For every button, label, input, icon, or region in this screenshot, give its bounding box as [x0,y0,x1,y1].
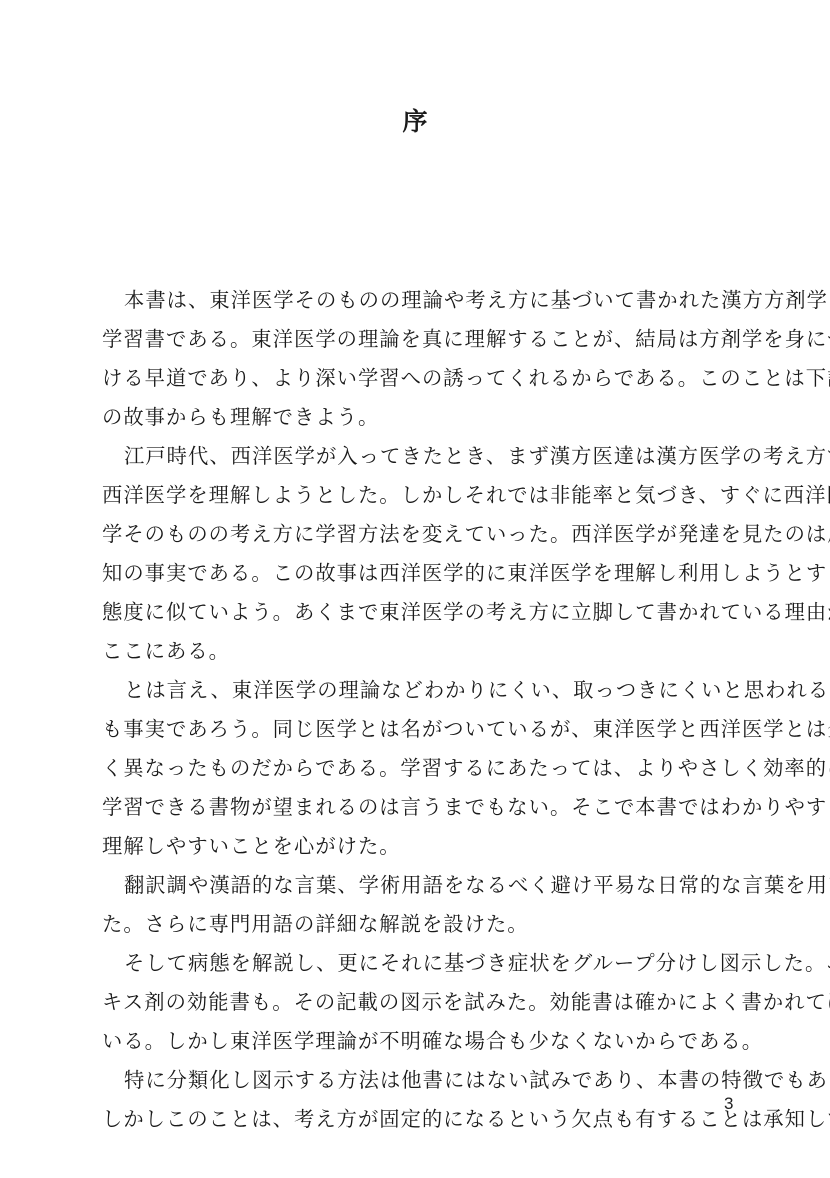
text-line: 西洋医学を理解しようとした。しかしそれでは非能率と気づき、すぐに西洋医 [102,481,748,520]
text-line: 理解しやすいことを心がけた。 [102,832,748,871]
text-line: 知の事実である。この故事は西洋医学的に東洋医学を理解し利用しようとする [102,559,748,598]
text-line: 江戸時代、西洋医学が入ってきたとき、まず漢方医達は漢方医学の考え方で [102,442,748,481]
text-line: キス剤の効能書も。その記載の図示を試みた。効能書は確かによく書かれては [102,988,748,1027]
text-line: いる。しかし東洋医学理論が不明確な場合も少なくないからである。 [102,1027,748,1066]
text-line: 態度に似ていよう。あくまで東洋医学の考え方に立脚して書かれている理由が [102,598,748,637]
paragraph: そして病態を解説し、更にそれに基づき症状をグループ分けし図示した。エ キス剤の効… [102,949,748,1066]
paragraph: 翻訳調や漢語的な言葉、学術用語をなるべく避け平易な日常的な言葉を用い た。さらに… [102,871,748,949]
text-line: ここにある。 [102,637,748,676]
text-line: ける早道であり、より深い学習への誘ってくれるからである。このことは下記 [102,364,748,403]
text-line: しかしこのことは、考え方が固定的になるという欠点も有することは承知して [102,1105,748,1144]
preface-body: 本書は、東洋医学そのものの理論や考え方に基づいて書かれた漢方方剤学の 学習書であ… [102,286,748,1144]
page-title: 序 [0,102,830,138]
text-line: も事実であろう。同じ医学とは名がついているが、東洋医学と西洋医学とは全 [102,715,748,754]
paragraph: 本書は、東洋医学そのものの理論や考え方に基づいて書かれた漢方方剤学の 学習書であ… [102,286,748,442]
paragraph: 江戸時代、西洋医学が入ってきたとき、まず漢方医達は漢方医学の考え方で 西洋医学を… [102,442,748,676]
text-line: とは言え、東洋医学の理論などわかりにくい、取っつきにくいと思われるの [102,676,748,715]
paragraph: 特に分類化し図示する方法は他書にはない試みであり、本書の特徴でもある。 しかしこ… [102,1066,748,1144]
text-line: そして病態を解説し、更にそれに基づき症状をグループ分けし図示した。エ [102,949,748,988]
text-line: 翻訳調や漢語的な言葉、学術用語をなるべく避け平易な日常的な言葉を用い [102,871,748,910]
text-line: く異なったものだからである。学習するにあたっては、よりやさしく効率的に [102,754,748,793]
paragraph: とは言え、東洋医学の理論などわかりにくい、取っつきにくいと思われるの も事実であ… [102,676,748,871]
text-line: 本書は、東洋医学そのものの理論や考え方に基づいて書かれた漢方方剤学の [102,286,748,325]
text-line: 学習書である。東洋医学の理論を真に理解することが、結局は方剤学を身につ [102,325,748,364]
text-line: た。さらに専門用語の詳細な解説を設けた。 [102,910,748,949]
text-line: 学そのものの考え方に学習方法を変えていった。西洋医学が発達を見たのは周 [102,520,748,559]
text-line: 学習できる書物が望まれるのは言うまでもない。そこで本書ではわかりやすく、 [102,793,748,832]
text-line: の故事からも理解できよう。 [102,403,748,442]
page-number: 3 [724,1094,733,1114]
book-page: 序 本書は、東洋医学そのものの理論や考え方に基づいて書かれた漢方方剤学の 学習書… [0,0,830,1178]
text-line: 特に分類化し図示する方法は他書にはない試みであり、本書の特徴でもある。 [102,1066,748,1105]
